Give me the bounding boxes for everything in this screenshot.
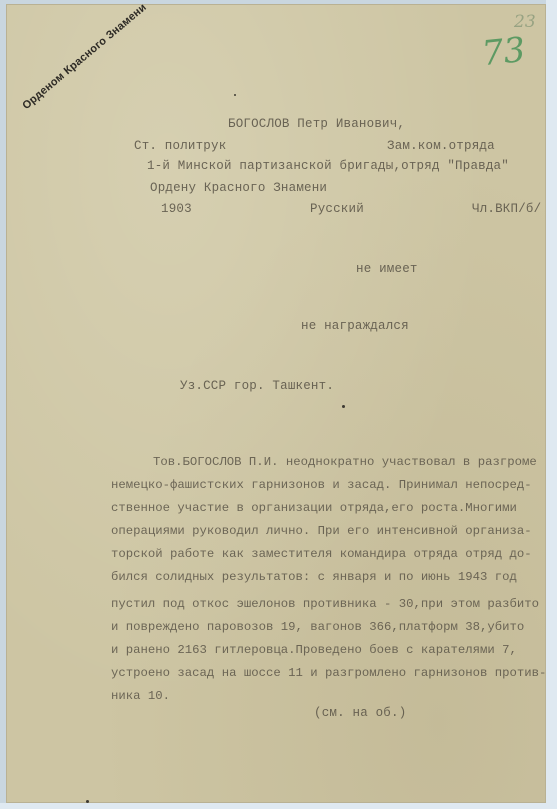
folio-number-pencil: 23 (514, 12, 536, 32)
citation-line: ственное участие в организации отряда,ег… (111, 501, 517, 515)
folio-number-green: 73 (480, 30, 527, 74)
citation-line: Тов.БОГОСЛОВ П.И. неоднократно участвова… (153, 455, 537, 469)
recipient-position: Зам.ком.отряда (387, 139, 495, 153)
award-stamp: Орденом Красного Знамени (20, 1, 149, 112)
award-name: Ордену Красного Знамени (150, 181, 327, 195)
citation-line: устроено засад на шоссе 11 и разгромлено… (111, 666, 546, 680)
recipient-unit: 1-й Минской партизанской бригады,отряд "… (147, 159, 509, 173)
nationality: Русский (310, 202, 364, 216)
recipient-rank: Ст. политрук (134, 139, 226, 153)
citation-line: немецко-фашистских гарнизонов и засад. П… (111, 478, 532, 492)
citation-line: и повреждено паровозов 19, вагонов 366,п… (111, 620, 524, 634)
continuation-note: (см. на об.) (314, 706, 406, 720)
ink-speck (234, 94, 236, 96)
citation-line: бился солидных результатов: с января и п… (111, 570, 517, 584)
document-page: 23 73 Орденом Красного Знамени БОГОСЛОВ … (6, 4, 546, 803)
birth-year: 1903 (161, 202, 192, 216)
wounds-field: не имеет (356, 262, 418, 276)
scan-border-right (546, 0, 557, 809)
scan-border-bottom (0, 803, 557, 809)
home-address: Уз.ССР гор. Ташкент. (180, 379, 334, 393)
citation-line: и ранено 2163 гитлеровца.Проведено боев … (111, 643, 517, 657)
citation-line: пустил под откос эшелонов противника - 3… (111, 597, 539, 611)
ink-speck (342, 405, 345, 408)
party-membership: Чл.ВКП/б/ (472, 202, 541, 216)
citation-line: торской работе как заместителя командира… (111, 547, 532, 561)
previous-awards-field: не награждался (301, 319, 409, 333)
citation-line: ника 10. (111, 689, 170, 703)
citation-line: операциями руководил лично. При его инте… (111, 524, 532, 538)
recipient-name: БОГОСЛОВ Петр Иванович, (228, 117, 405, 131)
